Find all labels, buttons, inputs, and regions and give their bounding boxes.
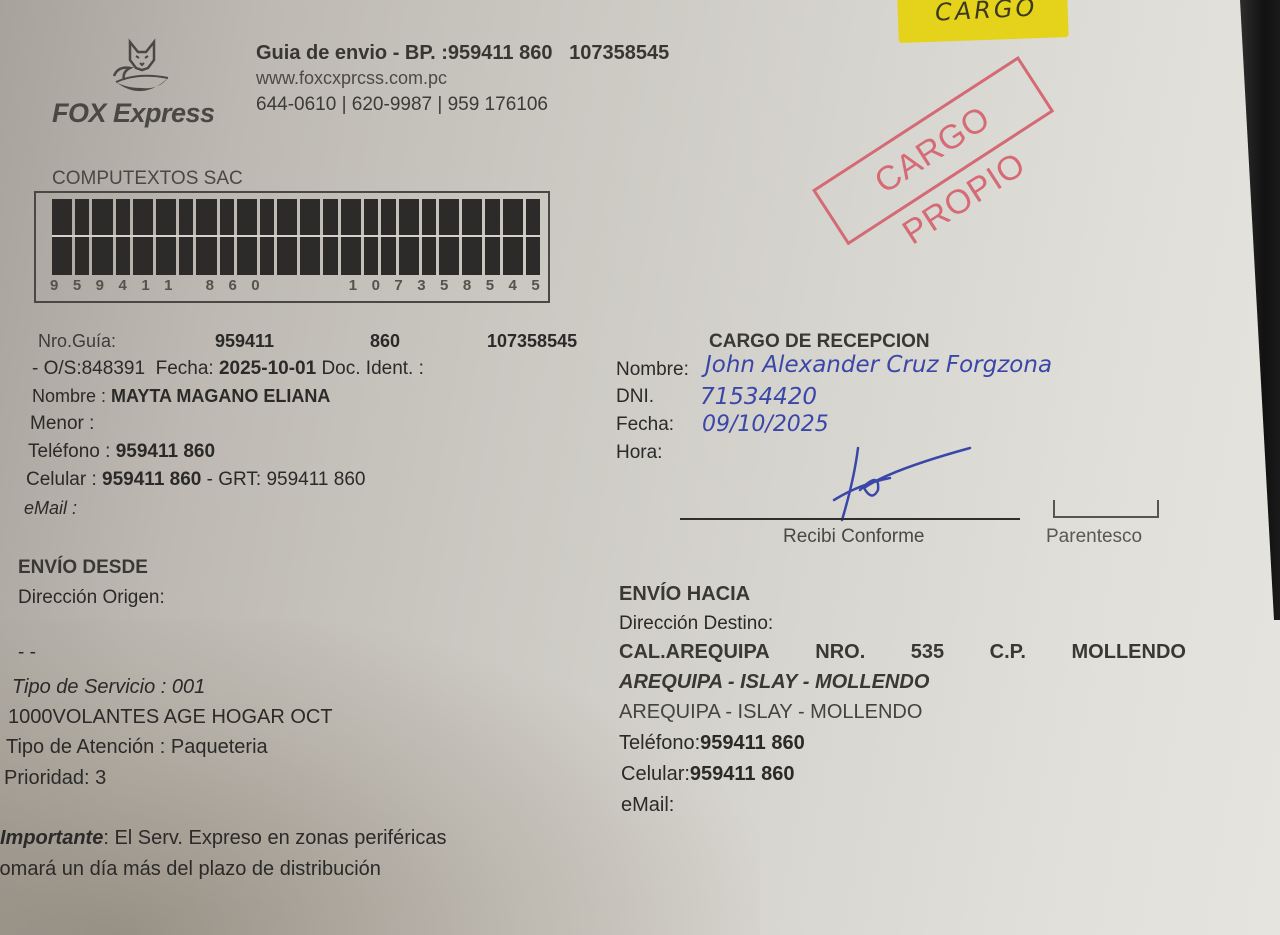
destination-heading: ENVÍO HACIA [619, 583, 750, 606]
nro-guia-part1: 959411 [215, 331, 274, 352]
destination-email-label: eMail: [621, 794, 674, 817]
address-word: MOLLENDO [1072, 641, 1186, 664]
barcode-digit: 6 [228, 277, 236, 294]
reception-fecha-label: Fecha: [616, 414, 674, 436]
address-word: NRO. [815, 641, 865, 664]
attention-type: Tipo de Atención : Paqueteria [6, 736, 268, 759]
destination-celular-label: Celular: [621, 763, 690, 785]
destination-address-line1: CAL.AREQUIPANRO.535C.P.MOLLENDO [619, 641, 1186, 664]
barcode-bar [196, 199, 216, 275]
barcode-bar [381, 199, 395, 275]
reception-fecha-value: 09/10/2025 [702, 412, 829, 437]
barcode-digit: 3 [417, 277, 425, 294]
barcode-digit [293, 277, 297, 294]
os-number: - O/S:848391 [32, 358, 145, 379]
destination-address-label: Dirección Destino: [619, 613, 773, 635]
important-label: Importante [0, 827, 103, 849]
telefono-value: 959411 860 [116, 441, 215, 462]
barcode-bar [75, 199, 89, 275]
nro-guia-part2: 860 [370, 331, 400, 352]
origin-address-value: - - [18, 642, 36, 664]
reception-dni-label: DNI. [616, 386, 654, 408]
barcode-bar [399, 199, 419, 275]
barcode-bar [439, 199, 459, 275]
barcode-digit [187, 277, 191, 294]
barcode-bar [260, 199, 274, 275]
notice-text-1: : El Serv. Expreso en zonas periféricas [103, 827, 446, 849]
celular-label: Celular : [26, 469, 97, 490]
destination-address-line3: AREQUIPA - ISLAY - MOLLENDO [619, 701, 922, 724]
barcode-digit: 7 [394, 277, 402, 294]
destination-celular-value: 959411 860 [690, 763, 795, 785]
barcode-digit: 4 [509, 277, 517, 294]
barcode-bar [526, 199, 540, 275]
reception-dni-value: 71534420 [700, 384, 817, 410]
os-line: - O/S:848391 Fecha: 2025-10-01 Doc. Iden… [32, 358, 424, 380]
barcode-bar [220, 199, 234, 275]
barcode-digit [330, 277, 334, 294]
contact-phones: 644-0610 | 620-9987 | 959 176106 [256, 94, 548, 116]
company-name: COMPUTEXTOS SAC [52, 168, 243, 190]
reception-nombre-label: Nombre: [616, 359, 689, 381]
relationship-field [1053, 500, 1159, 518]
website-link[interactable]: www.foxcxprcss.com.pc [256, 68, 447, 89]
barcode-digit [311, 277, 315, 294]
address-word: CAL.AREQUIPA [619, 641, 770, 664]
signature [820, 440, 980, 530]
barcode-divider [52, 235, 540, 237]
signature-label: Recibi Conforme [783, 526, 925, 548]
barcode-digit: 5 [486, 277, 494, 294]
menor-label: Menor : [30, 413, 94, 435]
fecha-value: 2025-10-01 [219, 358, 316, 379]
background-edge [1240, 0, 1280, 620]
reception-hora-label: Hora: [616, 442, 662, 464]
barcode-digit: 5 [531, 277, 539, 294]
barcode-bar [277, 199, 297, 275]
origin-address-label: Dirección Origen: [18, 587, 165, 609]
important-notice-line2: tomará un día más del plazo de distribuc… [0, 858, 381, 881]
barcode-digit: 9 [96, 277, 104, 294]
barcode-bar [133, 199, 153, 275]
barcode-bar [179, 199, 193, 275]
barcode-digit: 1 [141, 277, 149, 294]
fecha-label: Fecha: [156, 358, 214, 379]
barcode-bar [364, 199, 378, 275]
recipient-name-line: Nombre : MAYTA MAGANO ELIANA [32, 386, 330, 407]
barcode-bar [422, 199, 436, 275]
guide-title: Guia de envio - BP. :959411 860 10735854… [256, 42, 669, 65]
destination-address-line2: AREQUIPA - ISLAY - MOLLENDO [619, 671, 929, 694]
barcode-bar [323, 199, 337, 275]
nombre-value: MAYTA MAGANO ELIANA [111, 386, 330, 406]
telefono-label: Teléfono : [28, 441, 110, 462]
barcode-digit: 0 [251, 277, 259, 294]
barcode-bar [341, 199, 361, 275]
barcode-digit: 8 [206, 277, 214, 294]
barcode-digit: 0 [372, 277, 380, 294]
address-word: C.P. [990, 641, 1026, 664]
nombre-label: Nombre : [32, 386, 106, 406]
barcode-digit: 8 [463, 277, 471, 294]
important-notice-line1: Importante: El Serv. Expreso en zonas pe… [0, 827, 446, 850]
barcode-bar [156, 199, 176, 275]
barcode-bar [237, 199, 257, 275]
celular-value: 959411 860 [102, 469, 201, 490]
barcode: 959411 860 107358545 [34, 191, 550, 303]
reception-nombre-value: John Alexander Cruz Forgzona [705, 352, 1052, 378]
reception-heading: CARGO DE RECEPCION [709, 331, 930, 353]
barcode-bar [92, 199, 112, 275]
barcode-digit: 1 [349, 277, 357, 294]
destination-telefono-line: Teléfono:959411 860 [619, 732, 805, 755]
destination-telefono-label: Teléfono: [619, 732, 700, 754]
origin-heading: ENVÍO DESDE [18, 557, 148, 579]
barcode-bar [300, 199, 320, 275]
service-type: Tipo de Servicio : 001 [12, 676, 205, 699]
barcode-bar [485, 199, 499, 275]
grt-value: - GRT: 959411 860 [207, 469, 366, 490]
doc-ident-label: Doc. Ident. : [321, 358, 423, 379]
priority: Prioridad: 3 [4, 767, 106, 790]
barcode-bar [52, 199, 72, 275]
destination-celular-line: Celular:959411 860 [621, 763, 794, 786]
celular-line: Celular : 959411 860 - GRT: 959411 860 [26, 469, 365, 491]
barcode-digit: 5 [440, 277, 448, 294]
nro-guia-part3: 107358545 [487, 331, 577, 352]
barcode-digits: 959411 860 107358545 [50, 277, 540, 294]
fox-icon [108, 38, 176, 98]
barcode-digit: 4 [118, 277, 126, 294]
barcode-bar [462, 199, 482, 275]
barcode-bar [116, 199, 130, 275]
signature-line [680, 518, 1020, 520]
email-label: eMail : [24, 498, 77, 519]
barcode-bars [52, 199, 540, 275]
address-word: 535 [911, 641, 944, 664]
relationship-label: Parentesco [1046, 526, 1142, 548]
barcode-digit: 1 [164, 277, 172, 294]
shipment-description: 1000VOLANTES AGE HOGAR OCT [8, 706, 333, 729]
cargo-propio-stamp: CARGO PROPIO [812, 56, 1054, 245]
barcode-digit: 5 [73, 277, 81, 294]
brand-name: FOX Express [52, 98, 215, 129]
barcode-bar [503, 199, 523, 275]
barcode-digit: 9 [50, 277, 58, 294]
nro-guia-label: Nro.Guía: [38, 331, 116, 352]
telefono-line: Teléfono : 959411 860 [28, 441, 215, 463]
barcode-digit [274, 277, 278, 294]
destination-telefono-value: 959411 860 [700, 732, 805, 754]
